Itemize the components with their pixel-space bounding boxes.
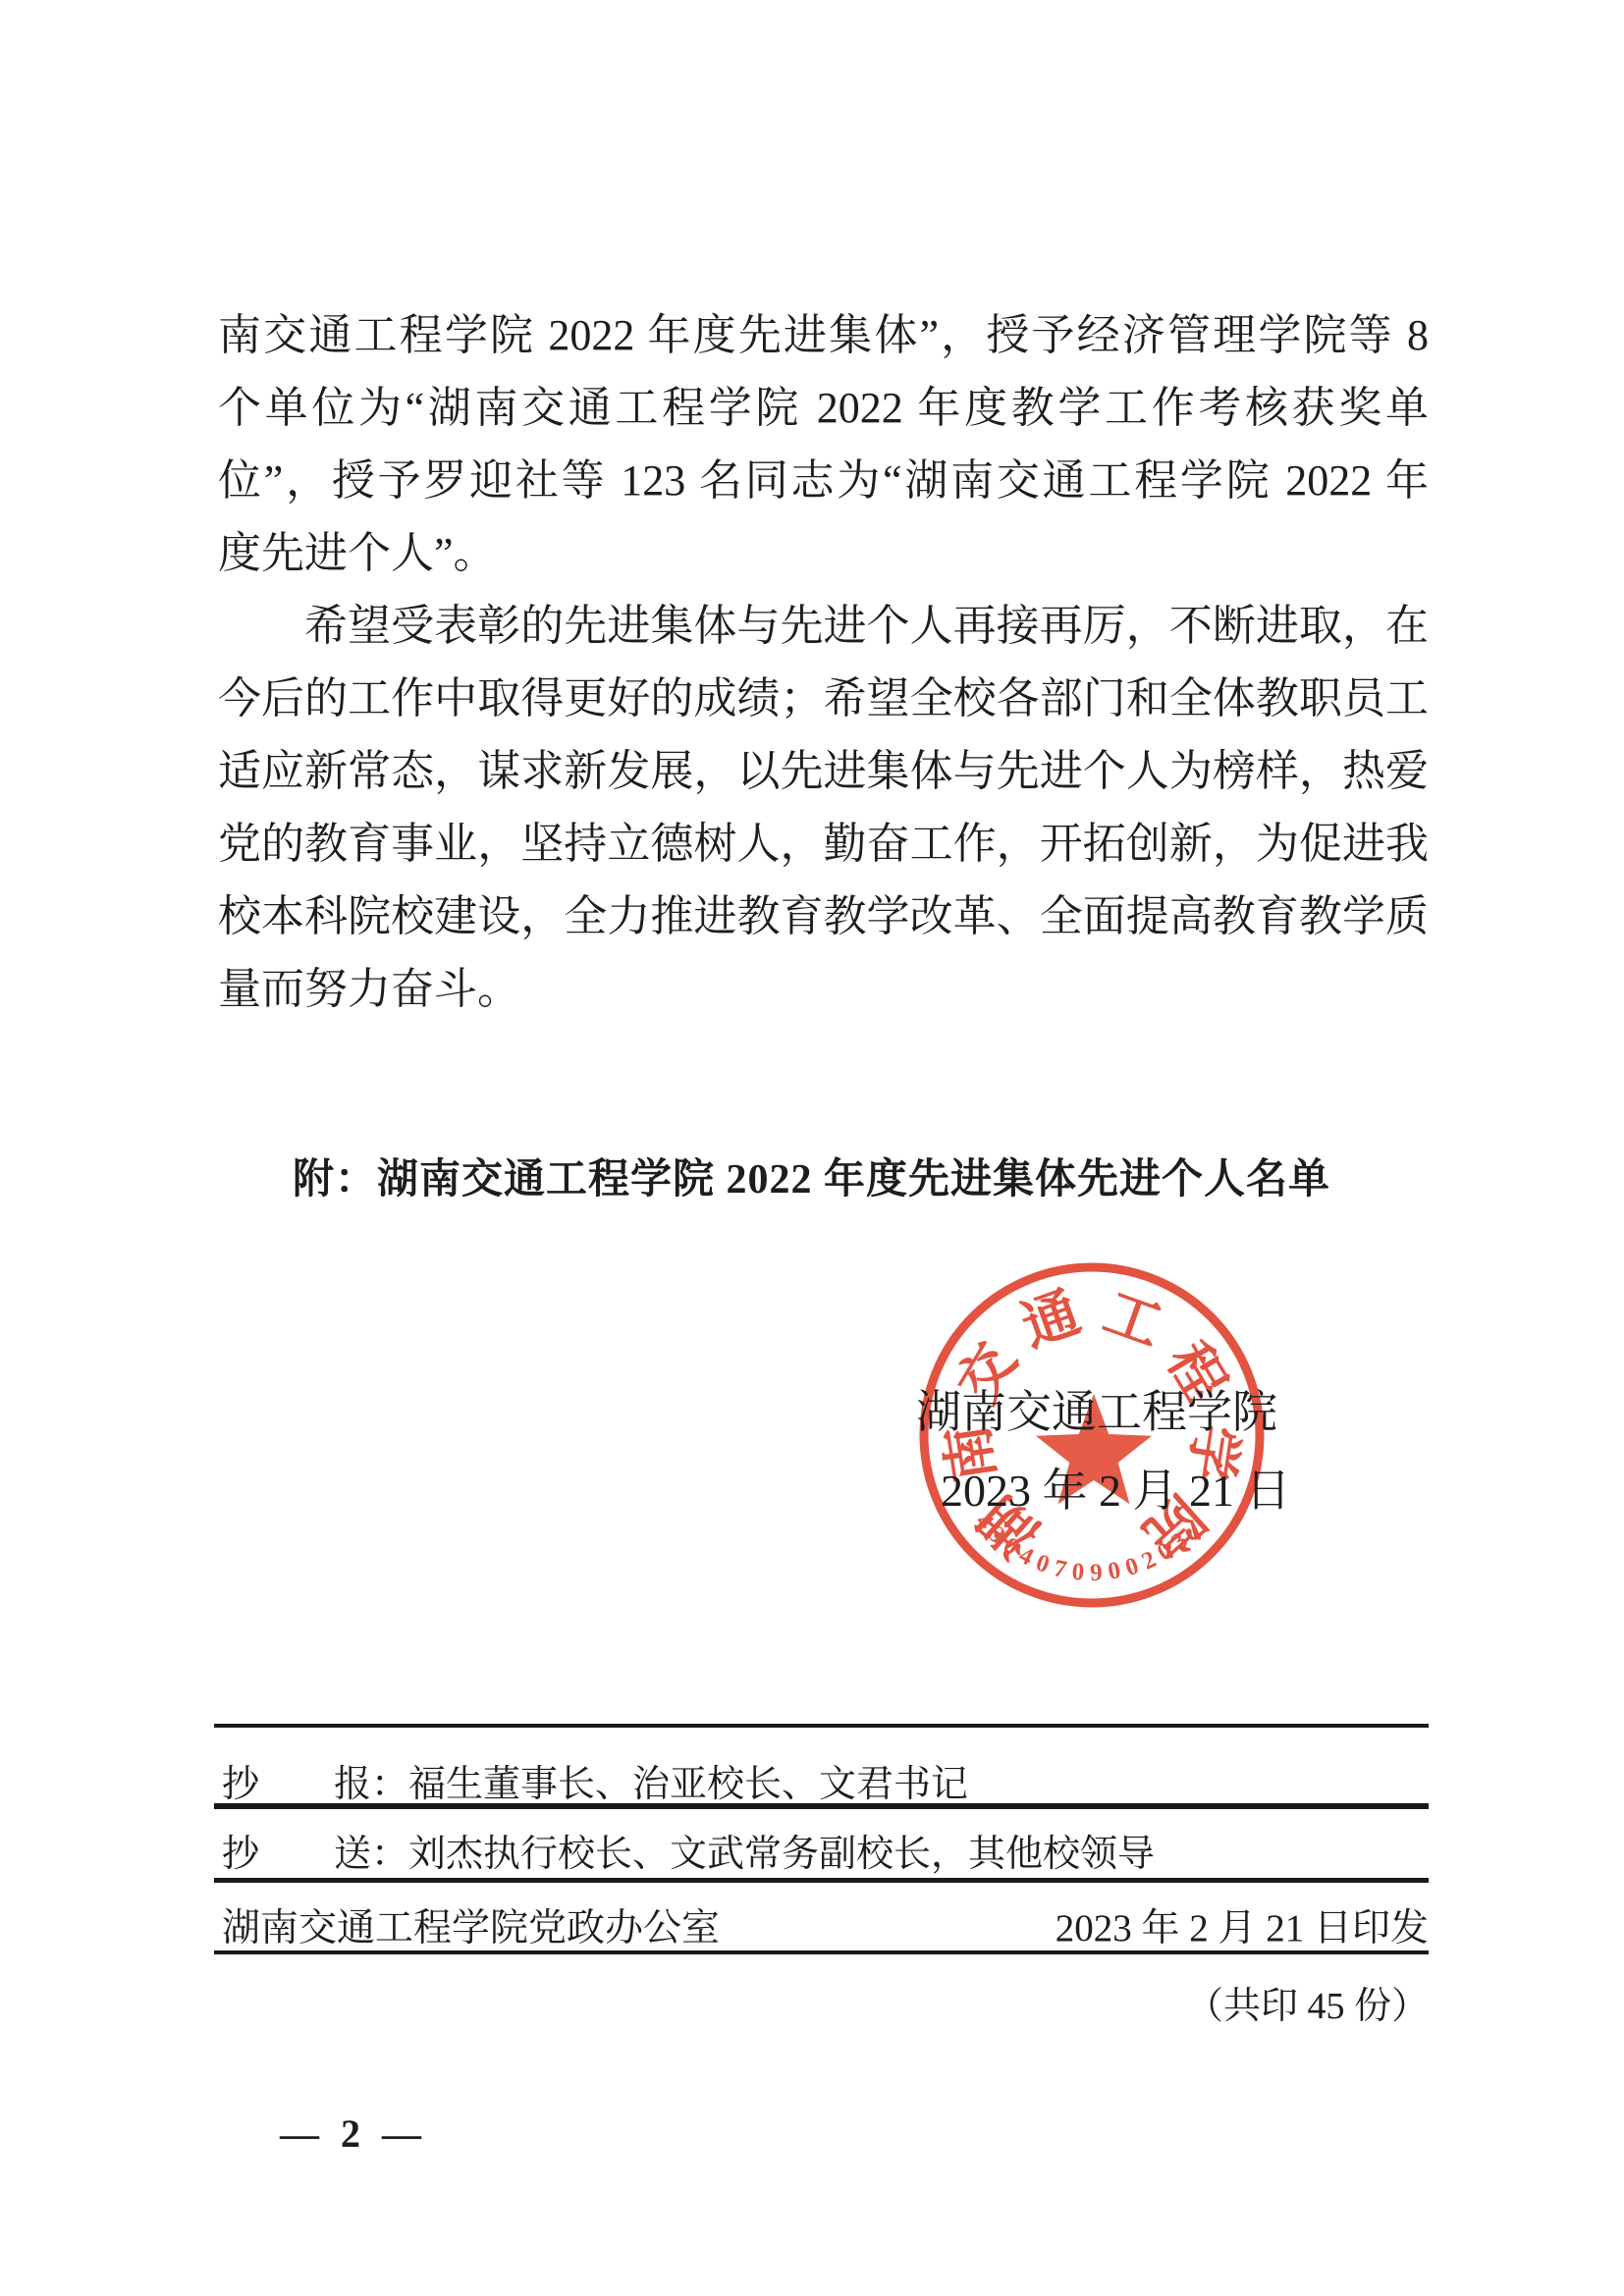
body-text: 南交通工程学院 2022 年度先进集体”，授予经济管理学院等 8 个单位为“湖南… [218,299,1429,1026]
document-page: 南交通工程学院 2022 年度先进集体”，授予经济管理学院等 8 个单位为“湖南… [0,0,1624,2296]
body-line: 位”，授予罗迎社等 123 名同志为“湖南交通工程学院 2022 年 [218,445,1429,517]
body-line: 适应新常态，谋求新发展，以先进集体与先进个人为榜样，热爱 [218,735,1429,808]
copy-send-line: 抄 送：刘杰执行校长、文武常务副校长，其他校领导 [222,1823,1155,1877]
issuer-office: 湖南交通工程学院党政办公室 [222,1897,720,1952]
signature-org: 湖南交通工程学院 [916,1376,1277,1441]
body-line: 党的教育事业，坚持立德树人，勤奋工作，开拓创新，为促进我 [218,808,1429,881]
attachment-note: 附：湖南交通工程学院 2022 年度先进集体先进个人名单 [293,1147,1330,1205]
body-line: 个单位为“湖南交通工程学院 2022 年度教学工作考核获奖单 [218,372,1429,445]
body-line: 希望受表彰的先进集体与先进个人再接再厉，不断进取，在 [218,590,1429,663]
page-number: — 2 — [280,2110,427,2157]
body-line: 量而努力奋斗。 [218,953,1429,1026]
footer-divider [214,1724,1429,1728]
print-date: 2023 年 2 月 21 日印发 [1056,1897,1429,1952]
signature-date: 2023 年 2 月 21 日 [941,1455,1291,1520]
copy-report-line: 抄 报：福生董事长、治亚校长、文君书记 [222,1753,968,1807]
seal-char: 工 [1096,1282,1169,1360]
body-line: 南交通工程学院 2022 年度先进集体”，授予经济管理学院等 8 [218,299,1429,372]
body-line: 度先进个人”。 [218,517,1429,590]
body-line: 今后的工作中取得更好的成绩；希望全校各部门和全体教职员工 [218,663,1429,735]
body-line: 校本科院校建设，全力推进教育教学改革、全面提高教育教学质 [218,881,1429,953]
seal-char: 通 [1014,1282,1088,1360]
footer-divider [214,1878,1429,1883]
print-copies: （共印 45 份） [1186,1975,1429,2029]
